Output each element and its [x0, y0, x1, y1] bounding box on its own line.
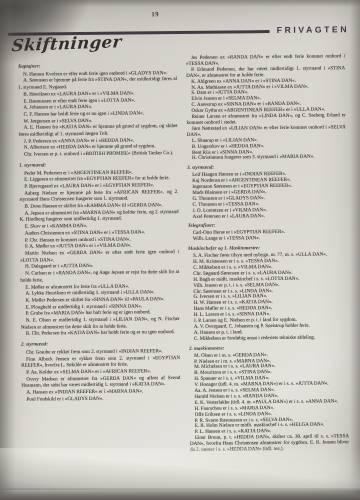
crew-change-entry: Overy Madsen er afmønstret fra »GERDA DA…	[21, 376, 180, 391]
page-content: 19 FRIVAGTEN Skiftninger Kaptajner:N. Ha…	[0, 0, 360, 500]
crew-change-entry: Chr. Iversen er p. t. ombord i »BRITISH …	[19, 151, 178, 159]
text-columns: Kaptajner:N. Hansen Kvolsen er efter end…	[18, 52, 350, 473]
right-column: Jes Pedersen ex »RANDA DAN« er efter end…	[186, 52, 349, 472]
crew-change-entry: Wilh. Lange er i »TESSA DAN«.	[188, 236, 347, 244]
crew-change-entry: Einar Bruun, p. t. »HEDDA DAN«, skifter …	[190, 435, 349, 454]
crew-change-entry: R. Chr. Pedersen fra »KATJA DAN« har hol…	[21, 330, 180, 338]
page-number: 19	[151, 11, 159, 18]
article-title: Skiftninger	[11, 32, 123, 55]
left-column: Kaptajner:N. Hansen Kvolsen er efter end…	[18, 54, 181, 463]
magazine-title: FRIVAGTEN	[277, 24, 350, 35]
crew-change-entry: C. Mikkelsen er foreløbig ansat i rederi…	[189, 335, 348, 343]
crew-change-entry: H. Christiansen fungerer som 3. styrmand…	[187, 155, 346, 163]
crew-change-entry: Poul Fredskild er i »GLADYS DAN«.	[22, 396, 181, 404]
scanned-magazine-page: 19 FRIVAGTEN Skiftninger Kaptajner:N. Ha…	[0, 0, 360, 500]
crew-change-entry: Axel Petersen er i »LAURA DAN«.	[188, 213, 347, 221]
